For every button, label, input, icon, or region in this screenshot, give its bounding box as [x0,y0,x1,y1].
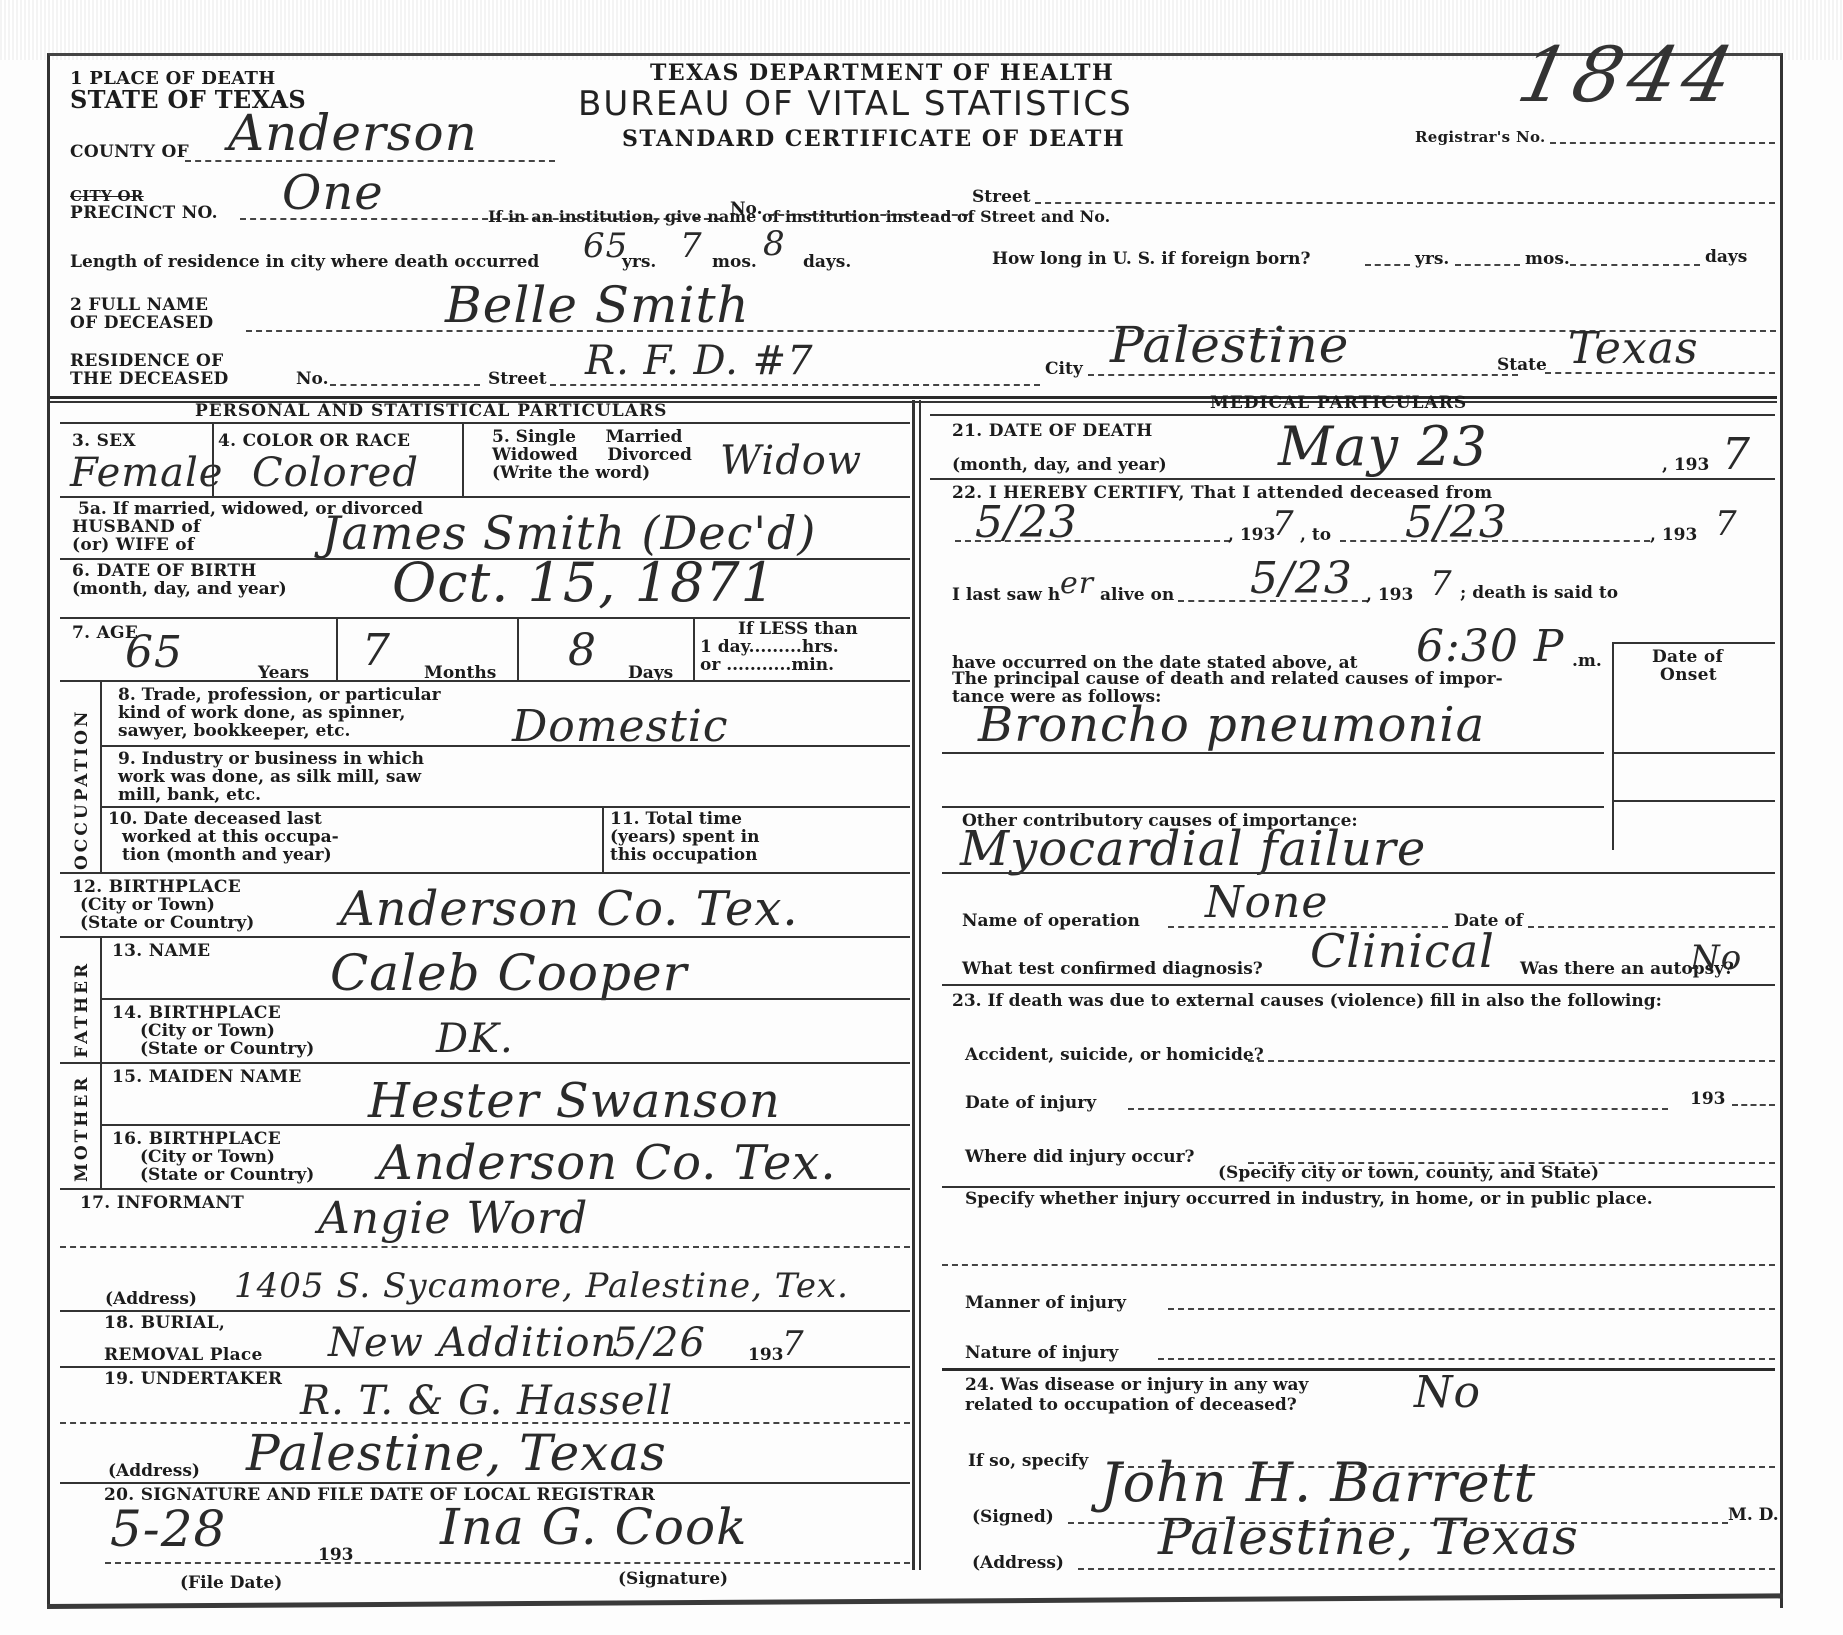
industry-label-1: 9. Industry or business in which [118,750,424,768]
yrs-label: yrs. [622,253,656,271]
father-name-label: 13. NAME [112,942,210,960]
residence-days-value[interactable]: 8 [763,226,786,262]
mother-name-value[interactable]: Hester Swanson [368,1078,781,1124]
foreign-days-field[interactable] [1570,264,1700,266]
column-divider [912,400,915,1570]
undertaker-address-label: (Address) [108,1462,200,1480]
residence-state-label: State [1497,356,1547,374]
row-rule-12 [60,936,910,938]
institution-note: If in an institution, give name of insti… [488,208,1110,226]
department-title: TEXAS DEPARTMENT OF HEALTH [650,60,1114,86]
last-saw-year-value[interactable]: 7 [1430,566,1453,602]
trade-label-2: kind of work done, as spinner, [118,704,405,722]
foreign-mos-label: mos. [1525,250,1570,268]
row-rule-15 [102,1124,910,1126]
death-year-value[interactable]: 7 [1722,432,1751,478]
foreign-yrs-field[interactable] [1365,264,1410,266]
contributory-line [942,872,1775,874]
row-rule-9 [102,806,910,808]
row-rule-13 [102,998,910,1000]
onset-label-2: Onset [1660,666,1717,684]
operation-label: Name of operation [962,912,1140,930]
row-rule-22 [942,984,1775,986]
undertaker-value[interactable]: R. T. & G. Hassell [300,1378,673,1424]
manner-label: Manner of injury [965,1294,1126,1312]
foreign-mos-field[interactable] [1455,264,1520,266]
mother-birthplace-label-3: (State or Country) [140,1166,314,1184]
alive-on-label: alive on [1100,586,1174,604]
mos-label: mos. [712,253,757,271]
operation-value[interactable]: None [1205,880,1328,926]
burial-label-2: REMOVAL Place [104,1346,263,1364]
file-date-value[interactable]: 5-28 [110,1506,226,1552]
injury-place-rule [942,1186,1775,1188]
father-birthplace-label-1: 14. BIRTHPLACE [112,1004,281,1022]
last-worked-label-3: tion (month and year) [122,846,332,864]
age-months-value[interactable]: 7 [362,628,391,674]
last-saw-value[interactable]: 5/23 [1250,556,1353,602]
birthplace-label-1: 12. BIRTHPLACE [72,878,241,896]
personal-section-title: PERSONAL AND STATISTICAL PARTICULARS [195,402,667,420]
row-rule-18 [60,1366,910,1368]
total-time-label-1: 11. Total time [610,810,742,828]
row-rule-11 [60,872,910,874]
attended-from-year-value[interactable]: 7 [1272,506,1295,542]
residence-street-value[interactable]: R. F. D. #7 [585,338,814,384]
registrar-signature-value[interactable]: Ina G. Cook [440,1504,747,1550]
death-certificate-page: 1844 1 PLACE OF DEATH STATE OF TEXAS TEX… [0,0,1843,1635]
informant-address-label: (Address) [105,1290,197,1308]
onset-box-divider [1612,642,1614,850]
manner-field[interactable] [1168,1308,1775,1310]
age-years-value[interactable]: 65 [125,630,183,676]
age-divider-1 [336,618,338,680]
registrar-number-handwritten: 1844 [1511,30,1747,119]
specify-label: If so, specify [968,1452,1088,1470]
external-causes-label: 23. If death was due to external causes … [952,992,1662,1010]
to-label: , to [1300,526,1331,544]
form-title: STANDARD CERTIFICATE OF DEATH [622,126,1125,152]
residence-no-field[interactable] [330,384,480,386]
full-name-label-2: OF DECEASED [70,314,213,332]
md-label: M. D. [1728,1506,1779,1524]
spouse-value[interactable]: James Smith (Dec'd) [322,510,816,556]
full-name-value[interactable]: Belle Smith [445,282,750,328]
foreign-yrs-label: yrs. [1415,250,1449,268]
father-birthplace-label-3: (State or Country) [140,1040,314,1058]
occupation-related-label-1: 24. Was disease or injury in any way [965,1376,1308,1394]
age-divider-2 [517,618,519,680]
occupation-related-value[interactable]: No [1414,1370,1481,1416]
cause-value[interactable]: Broncho pneumonia [978,702,1485,748]
residence-no-label: No. [296,370,329,388]
residence-label-2: THE DECEASED [70,370,229,388]
spouse-label-3: (or) WIFE of [72,536,195,554]
residence-street-label: Street [488,370,547,388]
county-label: COUNTY OF [70,143,189,161]
row-rule-16 [60,1188,910,1190]
onset-line-1[interactable] [1614,752,1775,754]
residence-city-value[interactable]: Palestine [1110,322,1349,368]
row-rule-23 [942,1368,1775,1371]
signature-caption: (Signature) [618,1570,728,1588]
informant-address-value[interactable]: 1405 S. Sycamore, Palestine, Tex. [234,1268,849,1304]
father-side-label: FATHER [72,961,92,1058]
foreign-born-label: How long in U. S. if foreign born? [992,250,1311,268]
residence-months-value[interactable]: 7 [680,228,703,264]
injury-date-field[interactable] [1128,1108,1668,1110]
bureau-title: BUREAU OF VITAL STATISTICS [578,84,1133,124]
physician-address-value[interactable]: Palestine, Texas [1158,1514,1579,1560]
residence-label-1: RESIDENCE OF [70,352,223,370]
injury-type-label: Specify whether injury occurred in indus… [965,1190,1653,1208]
occupation-related-label-2: related to occupation of deceased? [965,1396,1297,1414]
street-label: Street [972,188,1031,206]
father-birthplace-value[interactable]: DK. [436,1016,514,1062]
physician-signature-value[interactable]: John H. Barrett [1100,1460,1536,1506]
attended-to-value[interactable]: 5/23 [1405,500,1508,546]
residence-city-label: City [1045,360,1083,378]
nature-label: Nature of injury [965,1344,1118,1362]
mother-side-label: MOTHER [72,1075,92,1182]
residence-length-label: Length of residence in city where death … [70,253,539,271]
injury-year-prefix: 193 [1690,1090,1726,1108]
nature-field[interactable] [1158,1358,1775,1360]
attended-from-line [955,540,1230,542]
cause-label-1: The principal cause of death and related… [952,670,1503,688]
marital-label-3: (Write the word) [492,464,650,482]
residence-state-value[interactable]: Texas [1568,326,1699,372]
injury-year-field[interactable] [1732,1104,1775,1106]
header-divider [50,396,1777,399]
mother-name-label: 15. MAIDEN NAME [112,1068,302,1086]
marital-label-1: 5. Single Married [492,428,682,446]
onset-box-top [1612,642,1775,644]
dob-value[interactable]: Oct. 15, 1871 [392,560,776,606]
full-name-label-1: 2 FULL NAME [70,296,208,314]
death-date-label-1: 21. DATE OF DEATH [952,422,1153,440]
age-days-value[interactable]: 8 [568,628,597,674]
dob-label-1: 6. DATE OF BIRTH [72,562,257,580]
birthplace-label-3: (State or Country) [80,914,254,932]
cause-line-1 [942,752,1604,754]
sex-race-divider [212,424,214,496]
medical-section-title: MEDICAL PARTICULARS [1210,394,1467,412]
race-label: 4. COLOR OR RACE [218,432,410,450]
file-date-caption: (File Date) [180,1574,282,1592]
occupation-side-divider [100,682,102,872]
informant-value[interactable]: Angie Word [318,1196,588,1242]
industry-label-2: work was done, as silk mill, saw [118,768,421,786]
sex-label: 3. SEX [72,432,136,450]
personal-title-rule [60,422,910,424]
registrar-no-field[interactable] [1550,142,1775,144]
undertaker-label: 19. UNDERTAKER [104,1370,282,1388]
row-rule-7 [60,680,910,682]
spouse-label-2: HUSBAND of [72,518,201,536]
physician-address-line [1078,1568,1775,1570]
injury-place-label: Where did injury occur? [965,1148,1195,1166]
father-side-divider [100,938,102,1062]
row-rule-8 [102,745,910,747]
father-birthplace-label-2: (City or Town) [140,1022,275,1040]
marital-label-2: Widowed Divorced [492,446,692,464]
mother-birthplace-label-1: 16. BIRTHPLACE [112,1130,281,1148]
mother-side-divider [100,1064,102,1188]
row-rule-3 [60,496,910,498]
less-than-label-3: or ...........min. [700,656,834,674]
informant-line [60,1246,910,1248]
total-time-label-3: this occupation [610,846,757,864]
last-worked-label-1: 10. Date deceased last [108,810,322,828]
occupation-side-label: OCCUPATION [72,709,92,870]
diagnosis-label: What test confirmed diagnosis? [962,960,1263,978]
row-rule-17 [60,1310,910,1312]
last-worked-label-2: worked at this occupa- [122,828,339,846]
total-time-label-2: (years) spent in [610,828,759,846]
row-rule-21 [930,478,1775,480]
burial-year-prefix: 193 [748,1346,784,1364]
occupation-divider [602,808,604,872]
death-said-label: ; death is said to [1460,584,1618,602]
injury-type-field[interactable] [942,1264,1775,1266]
cause-line-2 [942,806,1604,808]
last-saw-label: I last saw h [952,586,1060,604]
contributory-value[interactable]: Myocardial failure [960,826,1426,872]
mother-birthplace-label-2: (City or Town) [140,1148,275,1166]
registrar-line [105,1562,910,1564]
time-value[interactable]: 6:30 P [1416,624,1564,670]
registrar-no-label: Registrar's No. [1415,128,1546,146]
age-divider-3 [693,618,695,680]
birthplace-label-2: (City or Town) [80,896,215,914]
sex-value[interactable]: Female [70,450,223,496]
mother-birthplace-value[interactable]: Anderson Co. Tex. [378,1140,837,1186]
row-rule-19 [60,1482,910,1484]
father-name-value[interactable]: Caleb Cooper [330,950,688,996]
injury-place-note: (Specify city or town, county, and State… [1218,1164,1599,1182]
precinct-value[interactable]: One [282,170,384,216]
death-year-prefix: , 193 [1662,456,1709,474]
physician-address-label: (Address) [972,1554,1064,1572]
trade-label-3: sawyer, bookkeeper, etc. [118,722,350,740]
trade-value[interactable]: Domestic [512,704,729,750]
residence-city-line [1088,374,1518,376]
m-label: .m. [1572,652,1602,670]
trade-label-1: 8. Trade, profession, or particular [118,686,441,704]
less-than-label-2: 1 day.........hrs. [700,638,839,656]
autopsy-value[interactable]: No [1690,940,1742,976]
less-than-label-1: If LESS than [738,620,858,638]
last-saw-year-prefix: , 193 [1366,586,1413,604]
attended-to-year-value[interactable]: 7 [1715,506,1738,542]
onset-line-2[interactable] [1614,800,1775,802]
race-marital-divider [462,424,464,496]
signed-label: (Signed) [972,1508,1054,1526]
burial-place-value[interactable]: New Addition [328,1320,617,1366]
foreign-days-label: days [1705,248,1747,266]
precinct-label: PRECINCT NO. [70,204,218,222]
street-field[interactable] [1035,202,1775,204]
birthplace-value[interactable]: Anderson Co. Tex. [340,886,799,932]
race-value[interactable]: Colored [252,450,419,496]
industry-label-3: mill, bank, etc. [118,786,261,804]
burial-label-1: 18. BURIAL, [104,1314,225,1332]
days-label: days. [803,253,851,271]
onset-label-1: Date of [1652,648,1723,666]
death-date-label-2: (month, day, and year) [952,456,1167,474]
row-rule-14 [60,1062,910,1064]
marital-value[interactable]: Widow [720,438,862,484]
undertaker-address-value[interactable]: Palestine, Texas [246,1430,667,1476]
burial-year-value[interactable]: 7 [782,1326,805,1362]
accident-field[interactable] [1248,1060,1775,1062]
operation-date-field[interactable] [1528,926,1775,928]
county-value[interactable]: Anderson [228,110,478,156]
accident-label: Accident, suicide, or homicide? [965,1046,1264,1064]
last-saw-pronoun-value[interactable]: er [1060,566,1094,602]
injury-date-label: Date of injury [965,1094,1096,1112]
death-date-value[interactable]: May 23 [1278,424,1488,470]
diagnosis-value[interactable]: Clinical [1310,928,1495,974]
residence-street-line [550,384,1040,386]
attended-to-year-prefix: , 193 [1650,526,1697,544]
column-divider-2 [919,400,921,1570]
file-year-prefix: 193 [318,1546,354,1564]
burial-date-value[interactable]: 5/26 [612,1320,706,1366]
attended-from-year-prefix: , 193 [1228,526,1275,544]
dob-label-2: (month, day, and year) [72,580,287,598]
informant-label: 17. INFORMANT [80,1194,244,1212]
